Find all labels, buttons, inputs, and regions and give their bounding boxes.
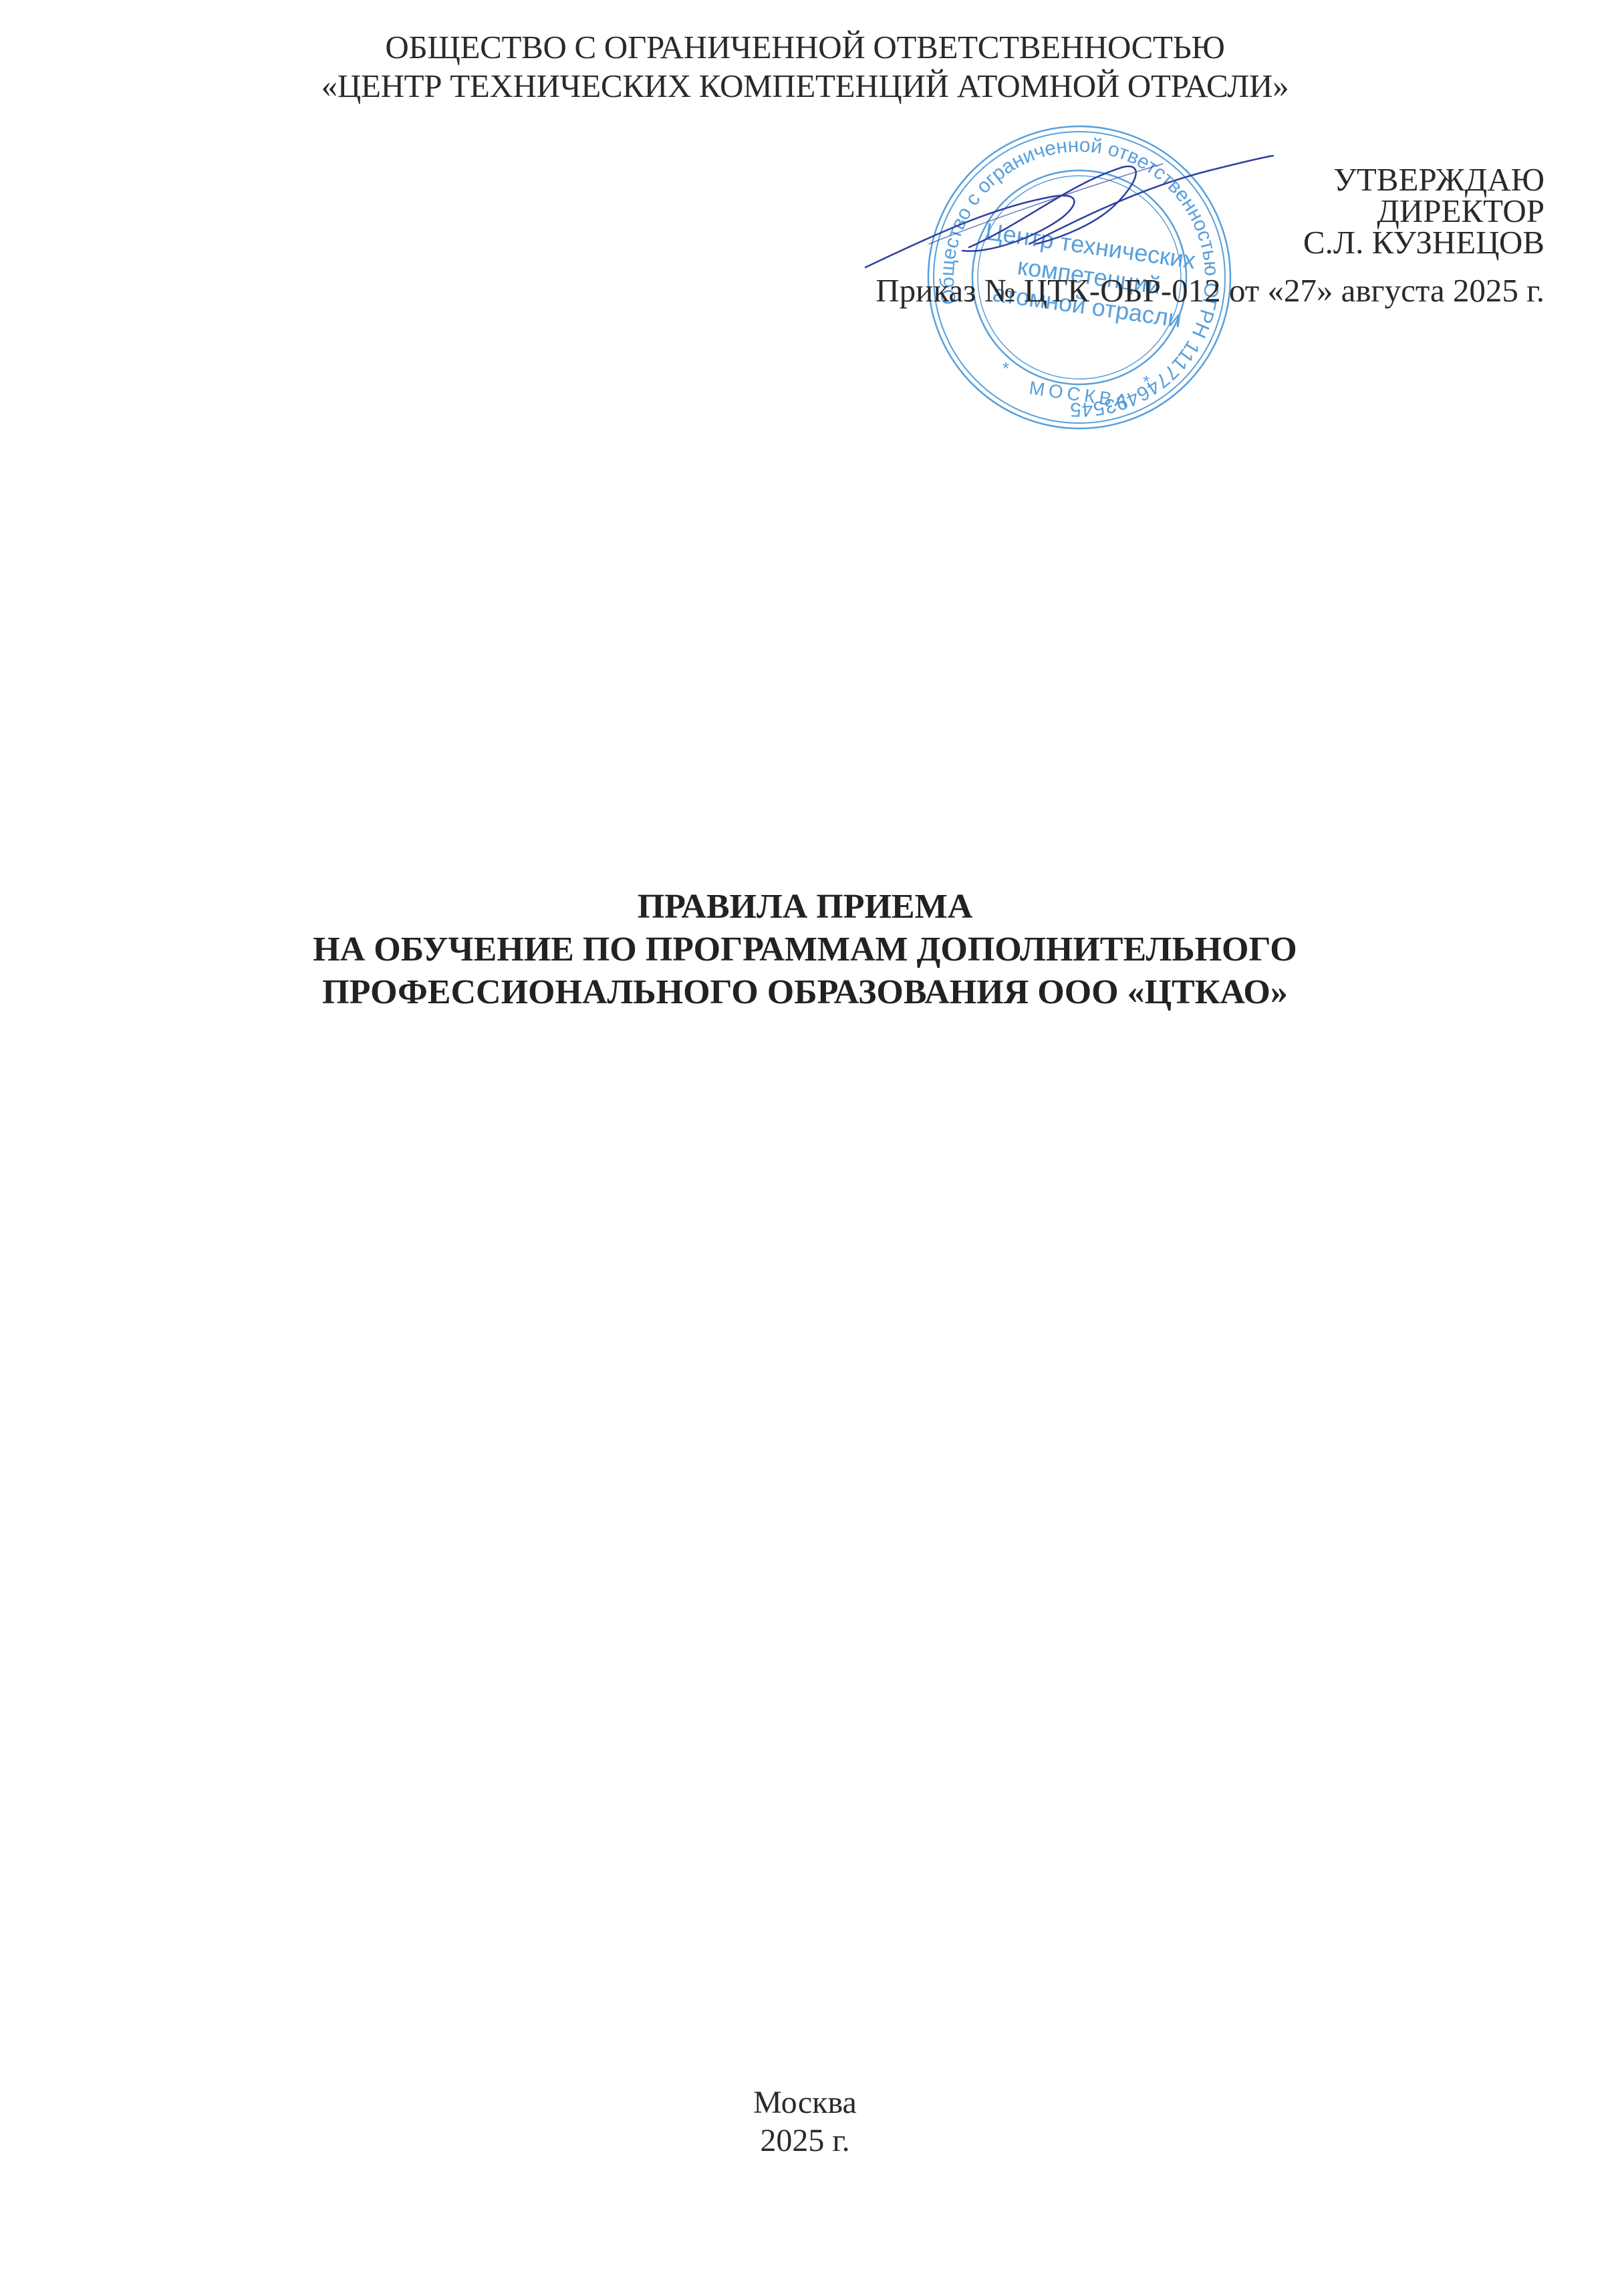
title-line-3: ПРОФЕССИОНАЛЬНОГО ОБРАЗОВАНИЯ ООО «ЦТКАО… xyxy=(0,971,1610,1014)
document-title: ПРАВИЛА ПРИЕМА НА ОБУЧЕНИЕ ПО ПРОГРАММАМ… xyxy=(0,886,1610,1014)
org-name-line-2: «ЦЕНТР ТЕХНИЧЕСКИХ КОМПЕТЕНЦИЙ АТОМНОЙ О… xyxy=(0,67,1610,106)
approve-label: УТВЕРЖДАЮ xyxy=(1303,164,1545,195)
title-line-1: ПРАВИЛА ПРИЕМА xyxy=(0,886,1610,928)
approver-position: ДИРЕКТОР xyxy=(1303,195,1545,227)
svg-text:*: * xyxy=(1002,358,1009,378)
svg-text:*: * xyxy=(1143,372,1150,392)
org-name-line-1: ОБЩЕСТВО С ОГРАНИЧЕННОЙ ОТВЕТСТВЕННОСТЬЮ xyxy=(0,28,1610,67)
organization-header: ОБЩЕСТВО С ОГРАНИЧЕННОЙ ОТВЕТСТВЕННОСТЬЮ… xyxy=(0,28,1610,106)
title-line-2: НА ОБУЧЕНИЕ ПО ПРОГРАММАМ ДОПОЛНИТЕЛЬНОГ… xyxy=(0,928,1610,971)
footer-year: 2025 г. xyxy=(0,2122,1610,2160)
order-reference: Приказ № ЦТК-ОБР-012 от «27» августа 202… xyxy=(876,274,1545,307)
approval-block: УТВЕРЖДАЮ ДИРЕКТОР С.Л. КУЗНЕЦОВ xyxy=(1303,164,1545,258)
footer-city: Москва xyxy=(0,2083,1610,2122)
approver-name: С.Л. КУЗНЕЦОВ xyxy=(1303,227,1545,258)
signature-icon xyxy=(862,144,1277,271)
document-footer: Москва 2025 г. xyxy=(0,2083,1610,2160)
